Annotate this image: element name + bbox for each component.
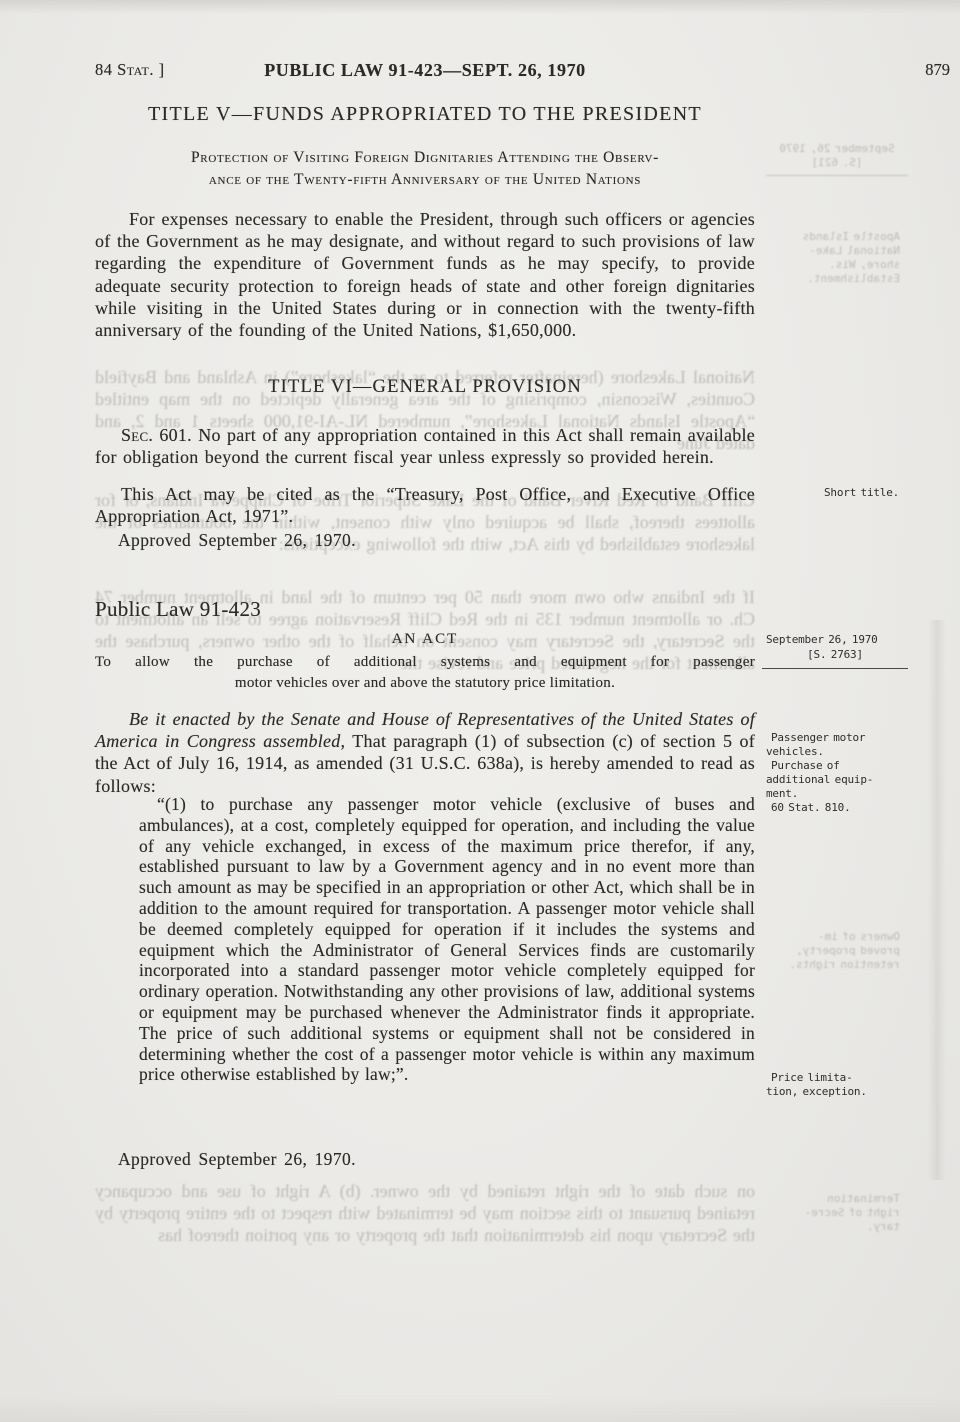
bleedthrough-bottom: on such date of the right retained by th…: [95, 1180, 755, 1246]
public-law-heading: Public Law 91-423: [95, 597, 755, 622]
bleedthrough-margin-owners: Owners of im- proved property, retention…: [768, 930, 900, 972]
margin-note-price-limitation: Price limita- tion, exception.: [766, 1071, 910, 1099]
approved-line-title-vi: Approved September 26, 1970.: [118, 530, 356, 551]
title-v-subheading-line-1: Protection of Visiting Foreign Dignitari…: [95, 149, 755, 167]
enacting-clause: Be it enacted by the Senate and House of…: [95, 708, 755, 797]
bill-number-rule: [762, 668, 908, 669]
section-601-text: No part of any appropriation contained i…: [95, 425, 755, 467]
running-head-law-title: PUBLIC LAW 91-423—SEPT. 26, 1970: [95, 60, 755, 81]
approved-line-public-law: Approved September 26, 1970.: [118, 1149, 356, 1170]
act-long-title-line-2: motor vehicles over and above the statut…: [95, 675, 755, 692]
bleedthrough-margin-date: September 26, 1970 [S. 621]: [766, 142, 908, 176]
page-number: 879: [720, 60, 950, 80]
section-601-label: Sec. 601.: [121, 425, 192, 445]
act-long-title-line-1: To allow the purchase of additional syst…: [95, 654, 755, 671]
scan-edge-shadow-top: [0, 0, 960, 14]
bleedthrough-margin-apostle: Apostle Islands National Lake- shore, Wi…: [768, 230, 900, 286]
margin-note-stat-citation: 60 Stat. 810.: [766, 801, 910, 815]
title-vi-heading: TITLE VI—GENERAL PROVISION: [95, 377, 755, 398]
bleedthrough-margin-bottom: Termination right of Secre- tary.: [768, 1192, 900, 1234]
margin-note-bill-number: [S. 2763]: [766, 648, 904, 662]
title-v-heading: TITLE V—FUNDS APPROPRIATED TO THE PRESID…: [95, 103, 755, 126]
statute-page-scan: September 26, 1970 [S. 621] Apostle Isla…: [0, 0, 960, 1422]
margin-note-date: September 26, 1970: [766, 633, 910, 647]
scan-edge-shadow-right: [928, 620, 946, 1180]
margin-note-passenger-vehicles: Passenger motor vehicles. Purchase of ad…: [766, 731, 910, 815]
an-act-caption: AN ACT: [95, 631, 755, 648]
short-title-sentence: This Act may be cited as the “Treasury, …: [95, 483, 755, 527]
amendment-quoted-paragraph: “(1) to purchase any passenger motor veh…: [139, 794, 755, 1085]
section-601-paragraph: Sec. 601. No part of any appropriation c…: [95, 424, 755, 468]
scan-edge-shadow-bottom: [0, 1396, 960, 1422]
title-v-subheading-line-2: ance of the Twenty-fifth Anniversary of …: [95, 171, 755, 189]
margin-note-short-title: Short title.: [824, 486, 960, 500]
running-head: 84 Stat. ] PUBLIC LAW 91-423—SEPT. 26, 1…: [95, 60, 755, 80]
title-v-appropriation-paragraph: For expenses necessary to enable the Pre…: [95, 208, 755, 341]
